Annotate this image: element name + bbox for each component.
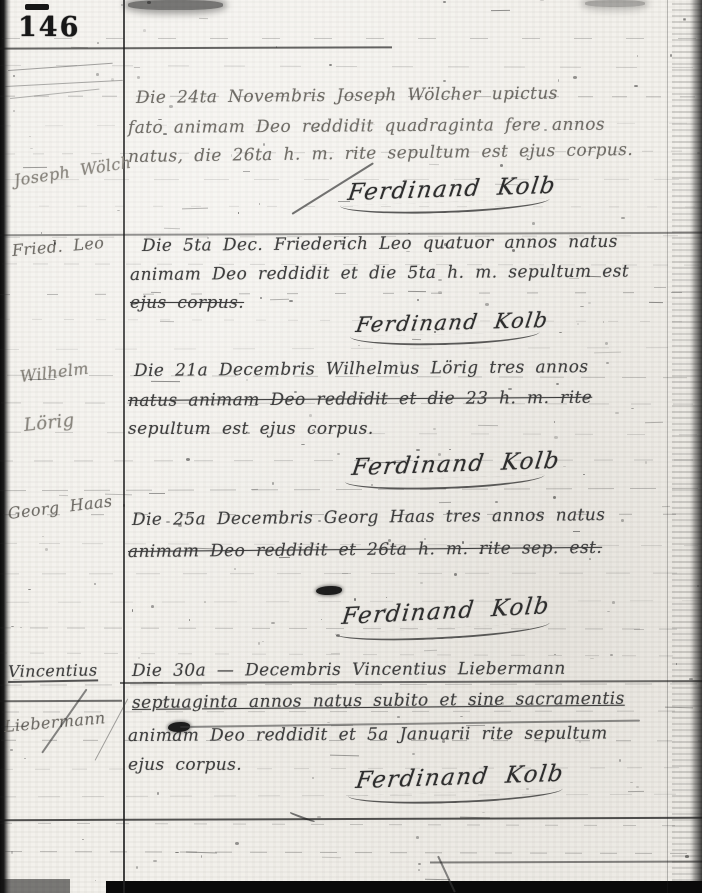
noise-speck bbox=[388, 539, 391, 542]
noise-speck bbox=[45, 548, 48, 551]
noise-speck bbox=[645, 461, 647, 464]
register-page: 146 Joseph Wölch Die 24ta Novembris Jose… bbox=[0, 0, 702, 893]
ruled-line bbox=[0, 347, 699, 350]
noise-speck bbox=[420, 582, 423, 584]
top-smudge bbox=[128, 0, 223, 10]
noise-speck bbox=[238, 212, 239, 214]
ruled-line bbox=[0, 683, 697, 685]
noise-speck bbox=[603, 321, 604, 323]
noise-dash bbox=[634, 629, 644, 630]
noise-speck bbox=[416, 836, 419, 839]
entry-line: septuaginta annos natus subito et sine s… bbox=[132, 690, 625, 713]
noise-speck bbox=[247, 432, 250, 434]
ruled-line bbox=[0, 488, 702, 491]
noise-speck bbox=[449, 449, 451, 450]
noise-speck bbox=[132, 609, 133, 612]
noise-dash bbox=[182, 208, 208, 210]
noise-speck bbox=[136, 866, 138, 869]
noise-speck bbox=[167, 424, 170, 426]
noise-speck bbox=[258, 642, 260, 645]
noise-dash bbox=[164, 228, 180, 230]
noise-dash bbox=[149, 493, 165, 494]
noise-dash bbox=[186, 851, 217, 853]
noise-speck bbox=[11, 626, 14, 627]
noise-speck bbox=[354, 598, 356, 601]
noise-speck bbox=[482, 812, 485, 813]
noise-speck bbox=[263, 143, 265, 146]
noise-speck bbox=[301, 444, 305, 445]
noise-speck bbox=[683, 18, 686, 20]
entry-line: natus animam Deo reddidit et die 23 h. m… bbox=[128, 389, 592, 411]
margin-column-rule bbox=[123, 0, 125, 893]
ruled-line bbox=[4, 179, 702, 180]
noise-speck bbox=[272, 482, 274, 485]
noise-speck bbox=[416, 449, 420, 451]
noise-speck bbox=[28, 589, 31, 590]
entry-line: Die 25a Decembris Georg Haas tres annos … bbox=[132, 506, 605, 530]
noise-speck bbox=[312, 429, 315, 431]
noise-speck bbox=[619, 759, 621, 762]
noise-speck bbox=[417, 299, 419, 301]
noise-speck bbox=[147, 1, 151, 4]
top-smudge bbox=[585, 0, 645, 7]
ruled-line bbox=[0, 767, 700, 770]
noise-speck bbox=[444, 243, 447, 246]
noise-dash bbox=[162, 700, 169, 701]
noise-dash bbox=[59, 495, 68, 496]
noise-speck bbox=[424, 538, 426, 540]
noise-speck bbox=[559, 332, 562, 333]
noise-speck bbox=[438, 279, 442, 281]
noise-speck bbox=[544, 129, 547, 131]
noise-speck bbox=[153, 860, 157, 862]
noise-speck bbox=[337, 453, 340, 455]
entry-line: Die 30a — Decembris Vincentius Lieberman… bbox=[132, 660, 566, 681]
noise-dash bbox=[412, 339, 421, 340]
noise-speck bbox=[495, 501, 498, 503]
noise-speck bbox=[321, 619, 322, 620]
ruled-line bbox=[5, 851, 702, 854]
noise-dash bbox=[134, 67, 140, 68]
noise-speck bbox=[621, 217, 625, 219]
dark-ruled-line bbox=[0, 700, 122, 702]
noise-speck bbox=[276, 46, 277, 48]
entry-line: natus, die 26ta h. m. rite sepultum est … bbox=[128, 141, 633, 167]
noise-dash bbox=[569, 278, 579, 279]
noise-speck bbox=[358, 345, 360, 346]
noise-speck bbox=[204, 601, 206, 603]
noise-dash bbox=[13, 679, 20, 680]
noise-dash bbox=[338, 201, 350, 202]
noise-speck bbox=[246, 379, 248, 381]
noise-speck bbox=[443, 1, 446, 3]
ruled-line bbox=[0, 652, 695, 656]
ruled-line bbox=[2, 38, 702, 39]
noise-speck bbox=[336, 634, 340, 637]
noise-speck bbox=[271, 622, 275, 624]
noise-speck bbox=[386, 597, 387, 598]
ruled-line bbox=[0, 292, 701, 295]
noise-dash bbox=[491, 10, 510, 11]
noise-speck bbox=[697, 152, 700, 154]
dark-ruled-line bbox=[430, 861, 702, 864]
noise-speck bbox=[397, 716, 400, 718]
noise-speck bbox=[685, 855, 689, 858]
noise-speck bbox=[589, 558, 591, 560]
dark-ruled-line bbox=[0, 817, 702, 821]
noise-dash bbox=[151, 381, 180, 382]
noise-speck bbox=[630, 782, 633, 783]
entry-line: animam Deo reddidit et 26ta h. m. rite s… bbox=[128, 539, 602, 562]
right-column-rule bbox=[667, 0, 668, 893]
ruled-line bbox=[2, 711, 702, 713]
noise-dash bbox=[322, 857, 341, 859]
noise-speck bbox=[556, 383, 559, 385]
noise-speck bbox=[500, 164, 503, 167]
noise-speck bbox=[201, 855, 202, 858]
noise-speck bbox=[157, 792, 159, 795]
crossed-out-scribble bbox=[10, 89, 100, 99]
noise-speck bbox=[631, 408, 634, 409]
noise-dash bbox=[23, 167, 47, 168]
noise-speck bbox=[637, 55, 638, 57]
noise-dash bbox=[439, 502, 451, 503]
crossed-out-scribble bbox=[5, 80, 123, 87]
noise-speck bbox=[54, 242, 56, 245]
scan-bottom-smudge bbox=[0, 879, 70, 893]
noise-speck bbox=[178, 524, 182, 527]
noise-speck bbox=[195, 549, 197, 551]
noise-speck bbox=[117, 210, 120, 211]
noise-speck bbox=[540, 0, 544, 1]
noise-speck bbox=[605, 342, 608, 345]
noise-speck bbox=[434, 331, 436, 333]
noise-speck bbox=[11, 851, 13, 854]
noise-speck bbox=[553, 496, 556, 499]
margin-name: Wilhelm bbox=[19, 360, 90, 386]
noise-dash bbox=[330, 755, 359, 757]
noise-speck bbox=[588, 302, 591, 304]
noise-speck bbox=[607, 611, 610, 612]
noise-speck bbox=[438, 453, 441, 456]
noise-speck bbox=[418, 869, 420, 871]
noise-speck bbox=[577, 323, 579, 325]
noise-speck bbox=[143, 29, 146, 32]
noise-speck bbox=[621, 519, 624, 522]
noise-speck bbox=[563, 466, 566, 467]
noise-speck bbox=[95, 880, 96, 881]
noise-dash bbox=[466, 725, 485, 726]
noise-speck bbox=[512, 249, 515, 252]
noise-speck bbox=[418, 863, 421, 865]
noise-speck bbox=[362, 392, 365, 394]
noise-speck bbox=[0, 30, 4, 32]
noise-speck bbox=[175, 852, 179, 853]
noise-speck bbox=[30, 148, 33, 149]
noise-speck bbox=[697, 585, 699, 587]
noise-speck bbox=[189, 619, 190, 621]
noise-speck bbox=[166, 521, 170, 523]
noise-speck bbox=[297, 90, 299, 93]
noise-dash bbox=[573, 531, 580, 532]
noise-speck bbox=[454, 573, 457, 576]
noise-dash bbox=[645, 422, 663, 424]
noise-speck bbox=[262, 641, 264, 642]
dark-ruled-line bbox=[0, 46, 392, 49]
noise-speck bbox=[234, 568, 236, 570]
noise-speck bbox=[317, 816, 321, 818]
noise-speck bbox=[235, 842, 239, 845]
noise-speck bbox=[312, 777, 314, 779]
noise-dash bbox=[478, 425, 498, 426]
noise-speck bbox=[554, 436, 558, 439]
noise-speck bbox=[309, 414, 312, 417]
scan-edge-left bbox=[0, 0, 11, 893]
ruled-line bbox=[0, 65, 702, 68]
noise-speck bbox=[260, 297, 262, 299]
margin-name: Vincentius bbox=[8, 661, 98, 682]
noise-speck bbox=[606, 362, 609, 364]
noise-dash bbox=[251, 489, 258, 490]
noise-speck bbox=[612, 601, 615, 604]
noise-dash bbox=[662, 506, 670, 507]
noise-dash bbox=[160, 321, 174, 322]
entry-line: ejus corpus. bbox=[130, 294, 244, 313]
noise-dash bbox=[429, 164, 439, 165]
noise-speck bbox=[97, 42, 99, 44]
noise-dash bbox=[342, 573, 351, 574]
noise-speck bbox=[573, 76, 577, 79]
margin-name: Joseph Wölch bbox=[13, 154, 133, 190]
noise-speck bbox=[590, 658, 594, 659]
noise-dash bbox=[628, 791, 644, 792]
noise-dash bbox=[199, 18, 208, 19]
noise-speck bbox=[485, 303, 489, 306]
noise-speck bbox=[24, 758, 26, 759]
noise-speck bbox=[442, 740, 445, 743]
noise-speck bbox=[670, 54, 672, 57]
noise-speck bbox=[315, 129, 319, 131]
noise-speck bbox=[558, 79, 559, 82]
noise-speck bbox=[345, 706, 347, 708]
noise-speck bbox=[583, 474, 585, 475]
noise-speck bbox=[169, 105, 173, 108]
noise-speck bbox=[29, 136, 31, 137]
ruled-line bbox=[0, 319, 702, 322]
noise-speck bbox=[508, 388, 512, 390]
noise-dash bbox=[28, 379, 55, 380]
noise-speck bbox=[433, 428, 436, 430]
noise-speck bbox=[689, 678, 693, 680]
noise-dash bbox=[331, 653, 340, 654]
noise-speck bbox=[94, 583, 96, 585]
noise-speck bbox=[96, 73, 99, 76]
noise-dash bbox=[270, 299, 289, 301]
noise-speck bbox=[329, 64, 332, 66]
noise-speck bbox=[636, 786, 639, 788]
noise-dash bbox=[594, 352, 621, 354]
entry-line: fato animam Deo reddidit quadraginta fer… bbox=[128, 116, 605, 138]
noise-speck bbox=[462, 541, 464, 544]
noise-dash bbox=[243, 171, 250, 172]
noise-speck bbox=[138, 657, 140, 659]
margin-name: Georg Haas bbox=[7, 492, 113, 522]
noise-speck bbox=[479, 552, 483, 554]
noise-speck bbox=[536, 466, 538, 468]
scan-edge-right-noise bbox=[672, 0, 702, 893]
noise-speck bbox=[82, 839, 84, 840]
noise-speck bbox=[137, 76, 140, 79]
entry-line: animam Deo reddidit et die 5ta h. m. sep… bbox=[130, 263, 629, 285]
noise-speck bbox=[42, 536, 44, 537]
noise-speck bbox=[289, 300, 293, 302]
noise-dash bbox=[654, 287, 666, 288]
noise-speck bbox=[501, 702, 504, 705]
ruled-line bbox=[0, 823, 701, 827]
ink-blot bbox=[316, 586, 342, 595]
entry-line: sepultum est ejus corpus. bbox=[128, 420, 374, 439]
entry-line: ejus corpus. bbox=[128, 756, 242, 775]
noise-speck bbox=[615, 412, 619, 414]
noise-speck bbox=[443, 80, 446, 82]
noise-speck bbox=[580, 306, 584, 307]
noise-speck bbox=[460, 716, 463, 717]
noise-speck bbox=[13, 75, 15, 77]
noise-speck bbox=[554, 421, 555, 423]
noise-dash bbox=[248, 405, 257, 406]
noise-speck bbox=[529, 246, 532, 247]
noise-dash bbox=[649, 302, 663, 303]
corner-mark bbox=[25, 4, 49, 10]
noise-speck bbox=[438, 291, 442, 294]
noise-speck bbox=[163, 133, 167, 135]
noise-speck bbox=[158, 119, 162, 120]
noise-speck bbox=[186, 458, 190, 461]
noise-speck bbox=[10, 749, 13, 751]
noise-speck bbox=[412, 753, 415, 755]
noise-speck bbox=[151, 605, 154, 608]
ruled-line bbox=[0, 459, 696, 461]
noise-dash bbox=[424, 650, 437, 651]
noise-speck bbox=[634, 85, 638, 87]
noise-speck bbox=[532, 222, 535, 225]
noise-speck bbox=[13, 110, 15, 112]
scan-bottom-bar bbox=[106, 881, 702, 893]
